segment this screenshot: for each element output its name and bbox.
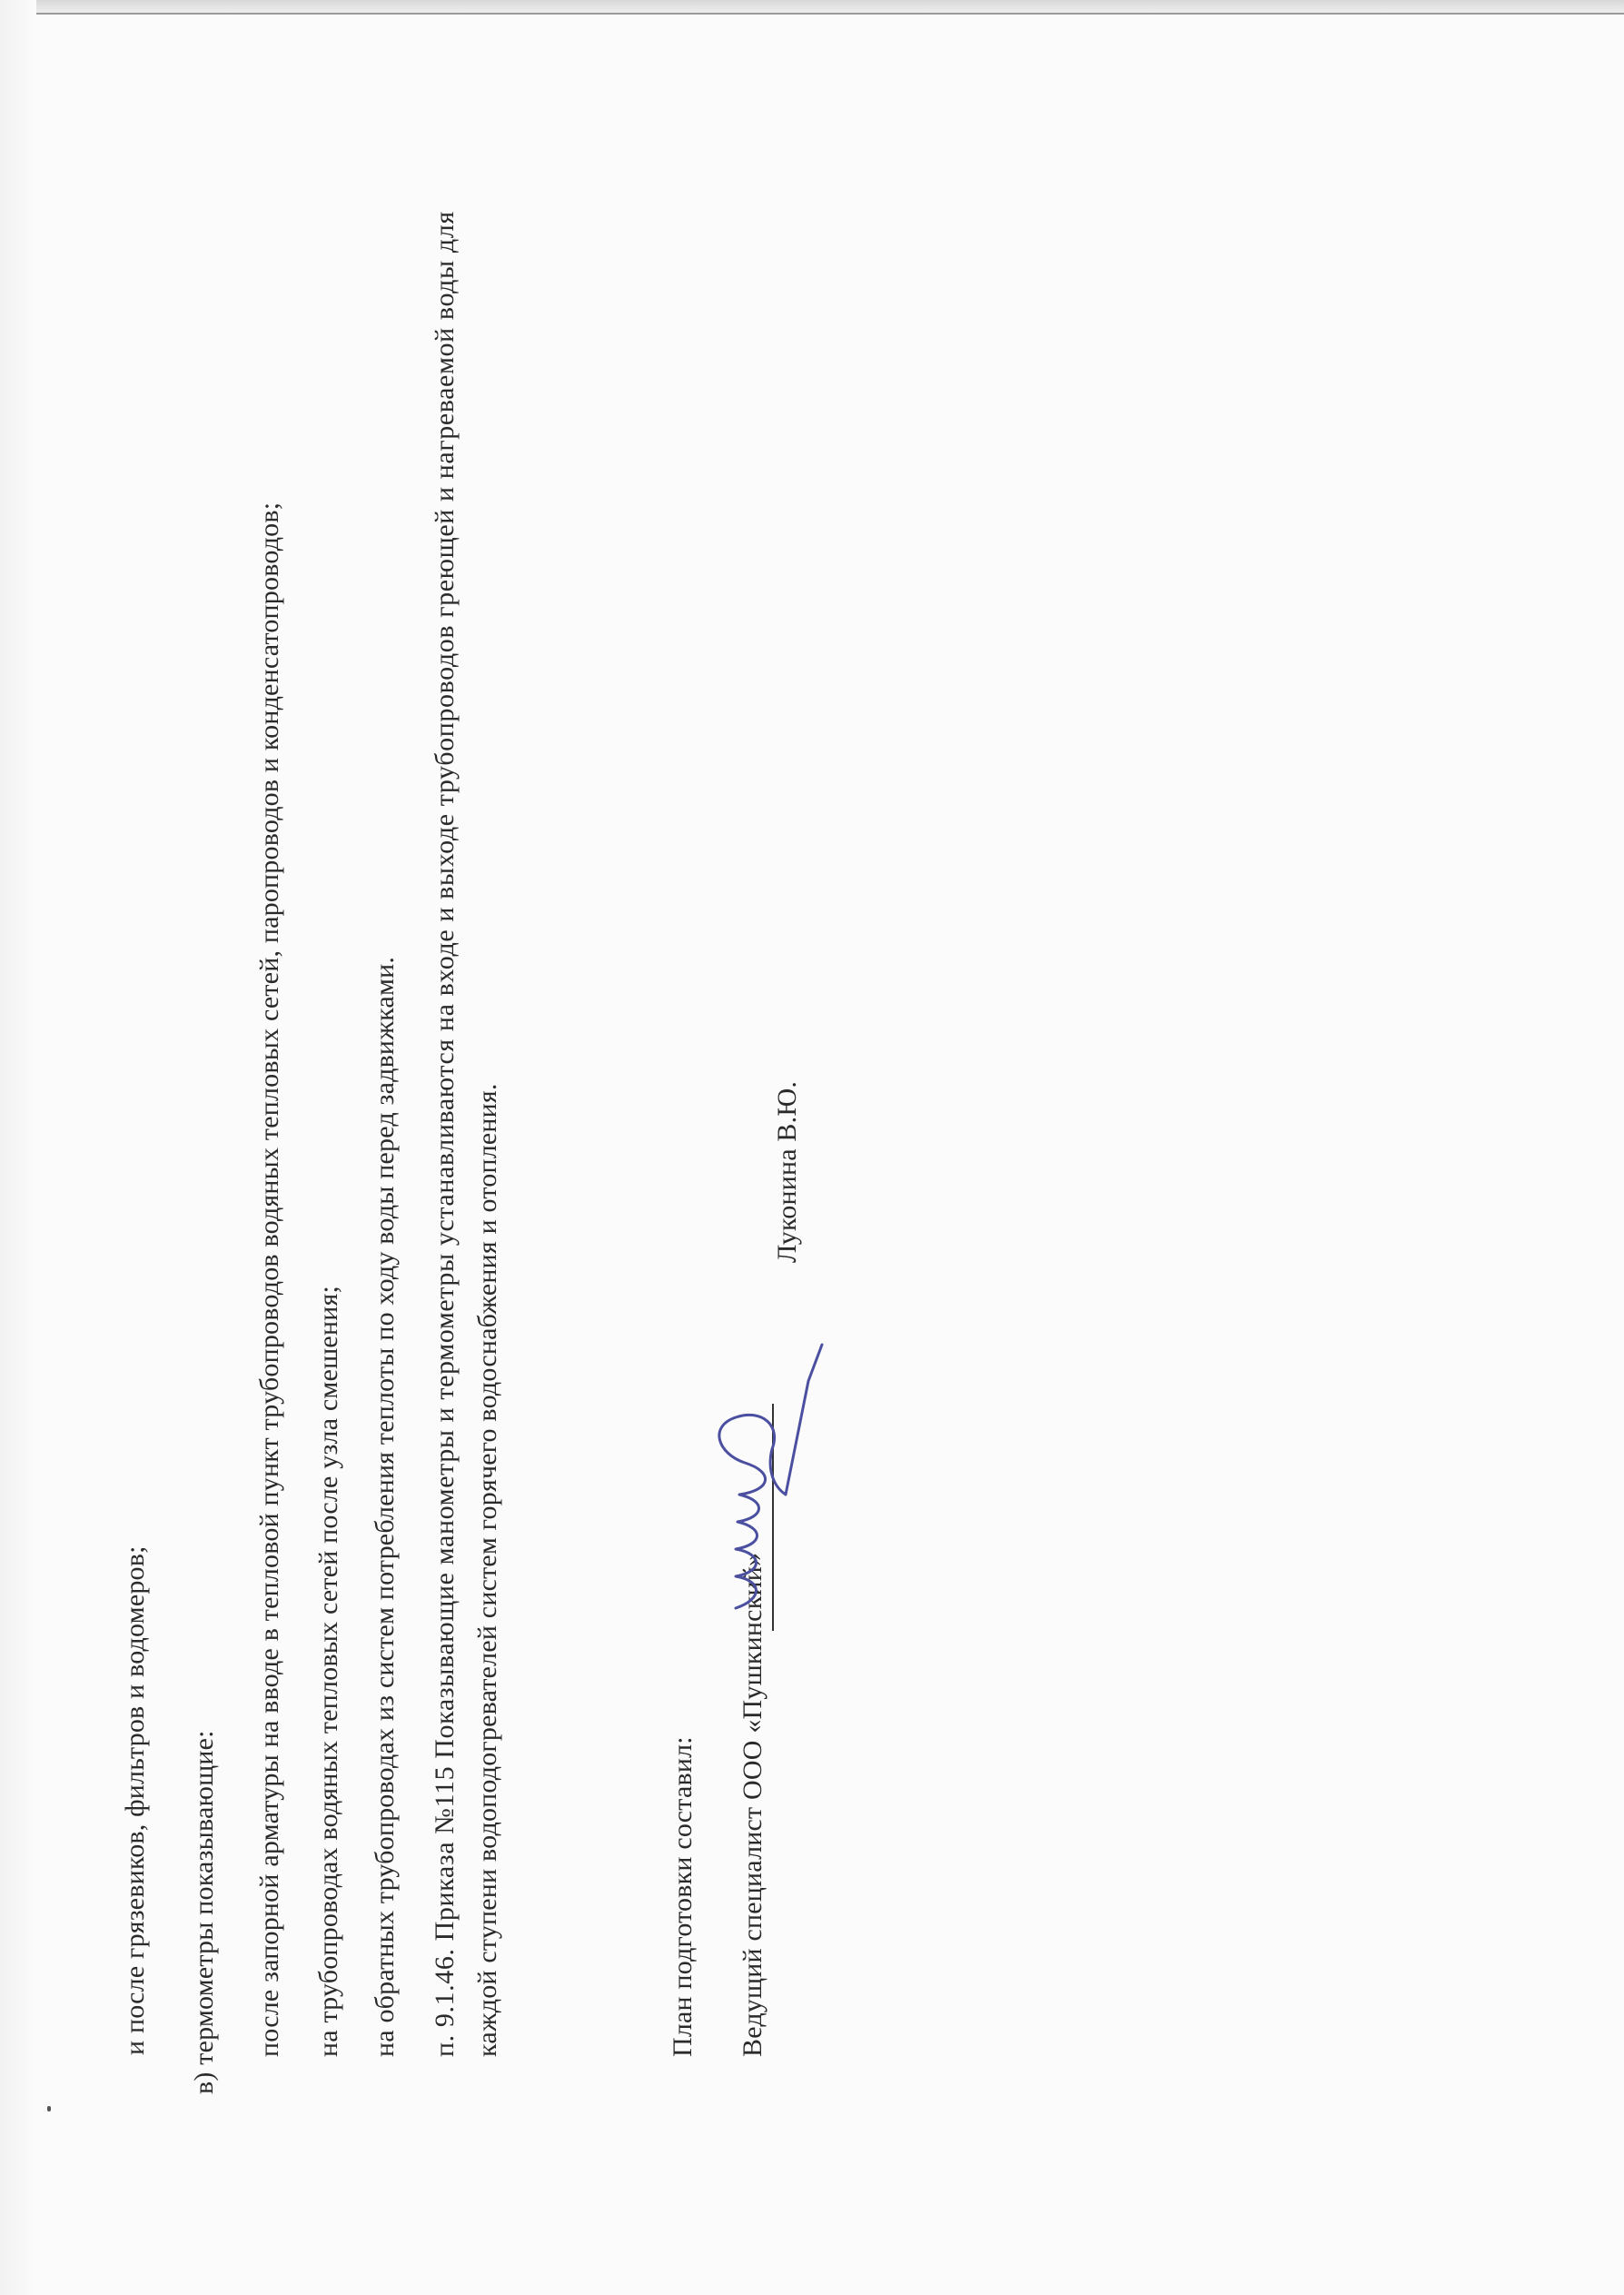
scan-speck bbox=[47, 2106, 51, 2111]
paragraph-3: после запорной арматуры на вводе в тепло… bbox=[254, 502, 285, 2057]
author-position: Ведущий специалист ООО «Пушкинский» bbox=[738, 1553, 768, 2057]
paragraph-1: и после грязевиков, фильтров и водомеров… bbox=[120, 1545, 151, 2055]
paragraph-5: на обратных трубопроводах из систем потр… bbox=[370, 957, 401, 2057]
paragraph-2: в) термометры показывающие: bbox=[189, 1730, 220, 2094]
paragraph-4: на трубопроводах водяных тепловых сетей … bbox=[313, 1286, 344, 2057]
paragraph-7: каждой ступени водоподогревателей систем… bbox=[472, 1083, 503, 2057]
prepared-by-label: План подготовки составил: bbox=[668, 1736, 698, 2057]
paragraph-6: п. 9.1.46. Приказа №115 Показывающие ман… bbox=[430, 211, 460, 2057]
scan-edge bbox=[0, 0, 1624, 15]
handwritten-signature bbox=[699, 1290, 881, 1617]
author-name: Луконина В.Ю. bbox=[772, 1081, 803, 1263]
scan-shadow bbox=[0, 0, 36, 2295]
